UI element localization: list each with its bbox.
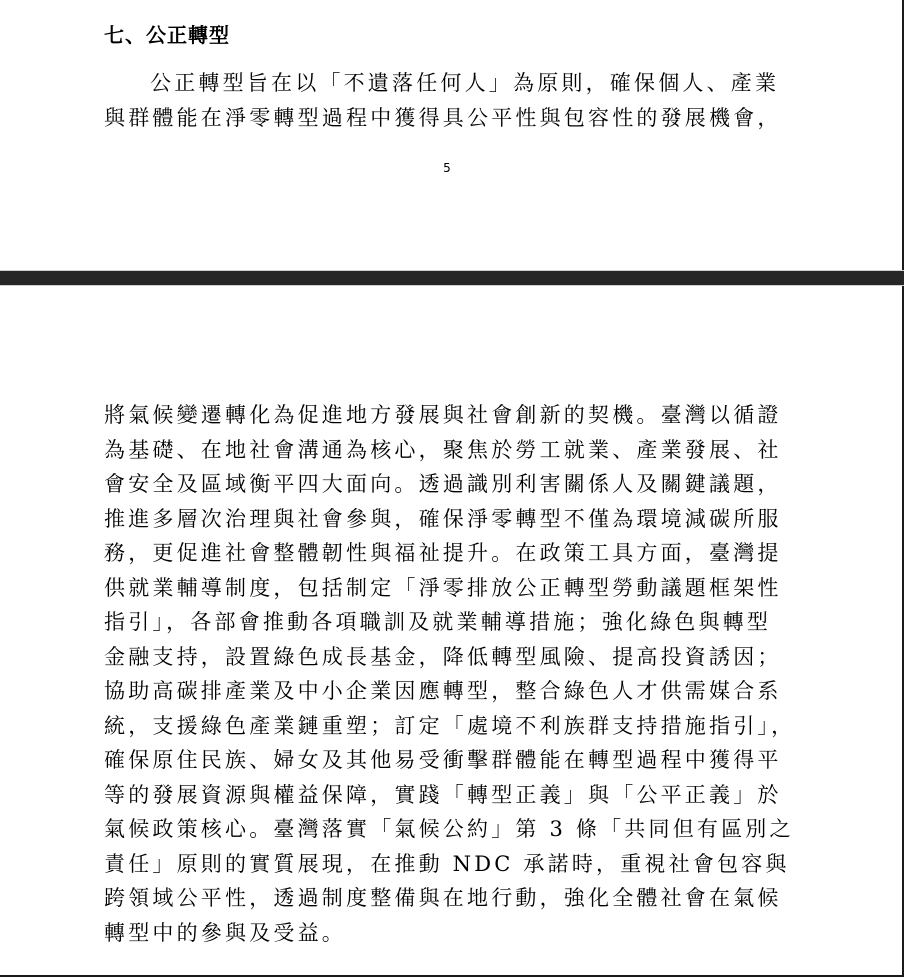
paragraph-line: 務，更促進社會整體韌性與福祉提升。在政策工具方面，臺灣提: [104, 536, 804, 571]
paragraph-line: 為基礎、在地社會溝通為核心，聚焦於勞工就業、產業發展、社: [104, 433, 804, 468]
paragraph-line: 氣候政策核心。臺灣落實「氣候公約」第 3 條「共同但有區別之: [104, 812, 804, 847]
paragraph-justice-transition-intro: 公正轉型旨在以「不遺落任何人」為原則，確保個人、產業 與群體能在淨零轉型過程中獲…: [104, 66, 804, 135]
paragraph-line: 會安全及區域衡平四大面向。透過識別利害關係人及關鍵議題，: [104, 467, 804, 502]
page-separator: [0, 270, 904, 286]
paragraph-line: 轉型中的參與及受益。: [104, 916, 804, 951]
paragraph-line: 等的發展資源與權益保障，實踐「轉型正義」與「公平正義」於: [104, 778, 804, 813]
paragraph-line: 金融支持，設置綠色成長基金，降低轉型風險、提高投資誘因；: [104, 640, 804, 675]
paragraph-line: 公正轉型旨在以「不遺落任何人」為原則，確保個人、產業: [104, 66, 804, 101]
section-heading: 七、公正轉型: [104, 20, 230, 50]
paragraph-line: 跨領域公平性，透過制度整備與在地行動，強化全體社會在氣候: [104, 881, 804, 916]
paragraph-line: 與群體能在淨零轉型過程中獲得具公平性與包容性的發展機會，: [104, 101, 804, 136]
paragraph-line: 指引」，各部會推動各項職訓及就業輔導措施；強化綠色與轉型: [104, 605, 804, 640]
paragraph-line: 責任」原則的實質展現，在推動 NDC 承諾時，重視社會包容與: [104, 847, 804, 882]
paragraph-line: 推進多層次治理與社會參與，確保淨零轉型不僅為環境減碳所服: [104, 502, 804, 537]
paragraph-line: 統，支援綠色產業鏈重塑；訂定「處境不利族群支持措施指引」，: [104, 709, 804, 744]
paragraph-justice-transition-continued: 將氣候變遷轉化為促進地方發展與社會創新的契機。臺灣以循證 為基礎、在地社會溝通為…: [104, 398, 804, 950]
document-page-top: 七、公正轉型 公正轉型旨在以「不遺落任何人」為原則，確保個人、產業 與群體能在淨…: [0, 0, 904, 270]
paragraph-line: 供就業輔導制度，包括制定「淨零排放公正轉型勞動議題框架性: [104, 571, 804, 606]
paragraph-line: 協助高碳排產業及中小企業因應轉型，整合綠色人才供需媒合系: [104, 674, 804, 709]
paragraph-line: 將氣候變遷轉化為促進地方發展與社會創新的契機。臺灣以循證: [104, 398, 804, 433]
page-number: 5: [0, 160, 894, 176]
paragraph-line: 確保原住民族、婦女及其他易受衝擊群體能在轉型過程中獲得平: [104, 743, 804, 778]
